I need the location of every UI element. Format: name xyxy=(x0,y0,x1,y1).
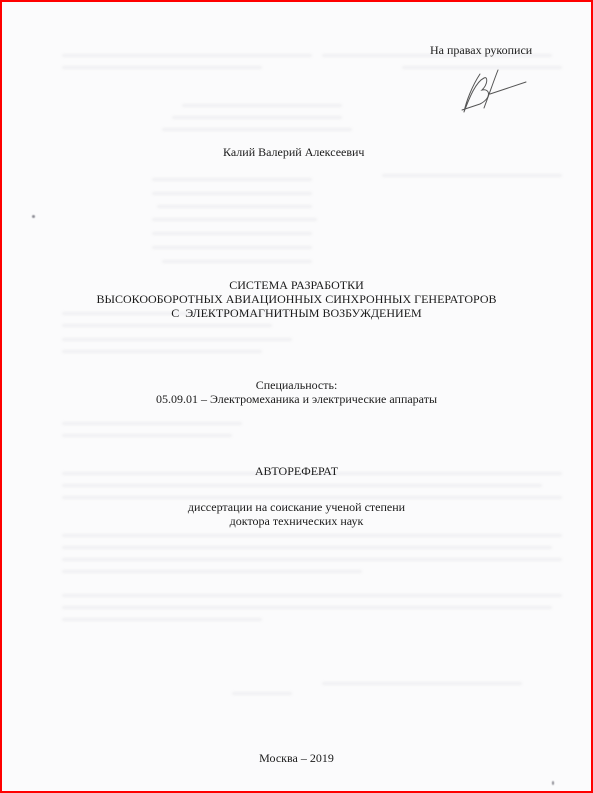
title-line-3: С ЭЛЕКТРОМАГНИТНЫМ ВОЗБУЖДЕНИЕМ xyxy=(2,306,591,320)
specialty-value: 05.09.01 – Электромеханика и электрическ… xyxy=(2,392,591,406)
title-line-2: ВЫСОКООБОРОТНЫХ АВИАЦИОННЫХ СИНХРОННЫХ Г… xyxy=(2,292,591,306)
specialty-label: Специальность: xyxy=(2,378,591,392)
title-line-1: СИСТЕМА РАЗРАБОТКИ xyxy=(2,278,591,292)
degree-line-2: доктора технических наук xyxy=(2,514,591,528)
document-type: АВТОРЕФЕРАТ xyxy=(2,464,591,478)
manuscript-rights-note: На правах рукописи xyxy=(430,43,532,57)
signature-icon xyxy=(454,68,530,116)
degree-line-1: диссертации на соискание ученой степени xyxy=(2,500,591,514)
document-page: На правах рукописи Калий Валерий Алексее… xyxy=(0,0,593,793)
scan-speck xyxy=(32,215,35,218)
city-year: Москва – 2019 xyxy=(2,751,591,765)
author-name: Калий Валерий Алексеевич xyxy=(223,145,364,159)
scan-speck xyxy=(552,781,554,785)
